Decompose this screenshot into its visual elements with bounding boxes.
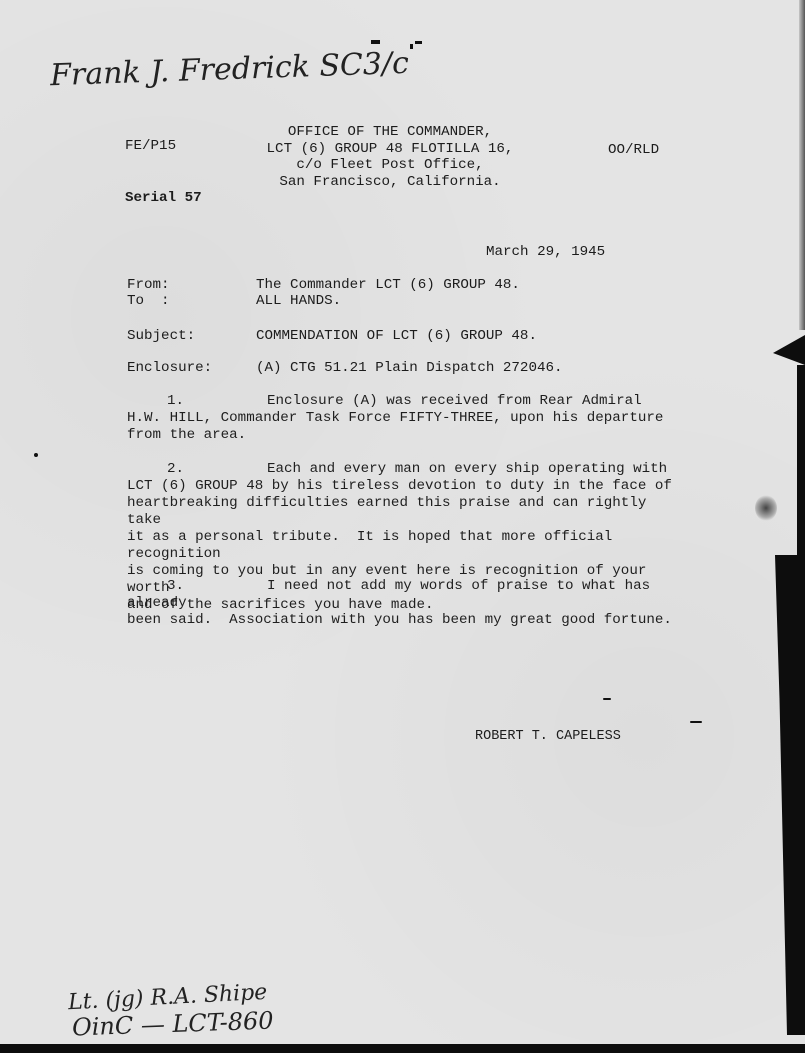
scan-edge-tear <box>775 555 805 1035</box>
office-line: c/o Fleet Post Office, <box>250 157 530 174</box>
scan-edge-shadow <box>799 0 805 330</box>
office-line: OFFICE OF THE COMMANDER, <box>250 124 530 141</box>
paragraph-3: 3.I need not add my words of praise to w… <box>127 578 687 629</box>
enclosure-value: (A) CTG 51.21 Plain Dispatch 272046. <box>256 360 563 377</box>
file-reference: FE/P15 <box>125 138 176 155</box>
signature-block: ROBERT T. CAPELESS <box>475 729 621 746</box>
from-label: From: <box>127 277 170 294</box>
ink-smudge <box>755 495 777 521</box>
letter-date: March 29, 1945 <box>486 244 605 261</box>
typist-initials: OO/RLD <box>608 142 659 159</box>
document-page: Frank J. Fredrick SC3/c FE/P15 Serial 57… <box>0 0 805 1053</box>
subject-label: Subject: <box>127 328 195 345</box>
paragraph-number: 2. <box>127 461 267 478</box>
stray-mark <box>34 453 38 457</box>
paragraph-number: 3. <box>127 578 267 595</box>
from-value: The Commander LCT (6) GROUP 48. <box>256 277 520 294</box>
scan-edge-tear <box>773 335 805 365</box>
office-heading: OFFICE OF THE COMMANDER, LCT (6) GROUP 4… <box>250 124 530 190</box>
stray-mark <box>371 40 380 44</box>
paragraph-1: 1.Enclosure (A) was received from Rear A… <box>127 393 687 444</box>
to-label: To : <box>127 293 170 310</box>
subject-value: COMMENDATION OF LCT (6) GROUP 48. <box>256 328 537 345</box>
to-value: ALL HANDS. <box>256 293 341 310</box>
paragraph-number: 1. <box>127 393 267 410</box>
stray-mark <box>410 44 413 49</box>
office-line: LCT (6) GROUP 48 FLOTILLA 16, <box>250 141 530 158</box>
enclosure-label: Enclosure: <box>127 360 212 377</box>
stray-mark <box>415 41 422 44</box>
stray-mark <box>603 698 611 700</box>
handwritten-name: Frank J. Fredrick SC3/c <box>49 46 409 94</box>
serial-number: Serial 57 <box>125 190 202 207</box>
stray-mark <box>690 721 702 723</box>
handwritten-assignment: OinC — LCT-860 <box>72 1006 274 1041</box>
scan-edge-tear <box>797 365 805 555</box>
office-line: San Francisco, California. <box>250 174 530 191</box>
scan-edge-bottom <box>0 1044 805 1053</box>
